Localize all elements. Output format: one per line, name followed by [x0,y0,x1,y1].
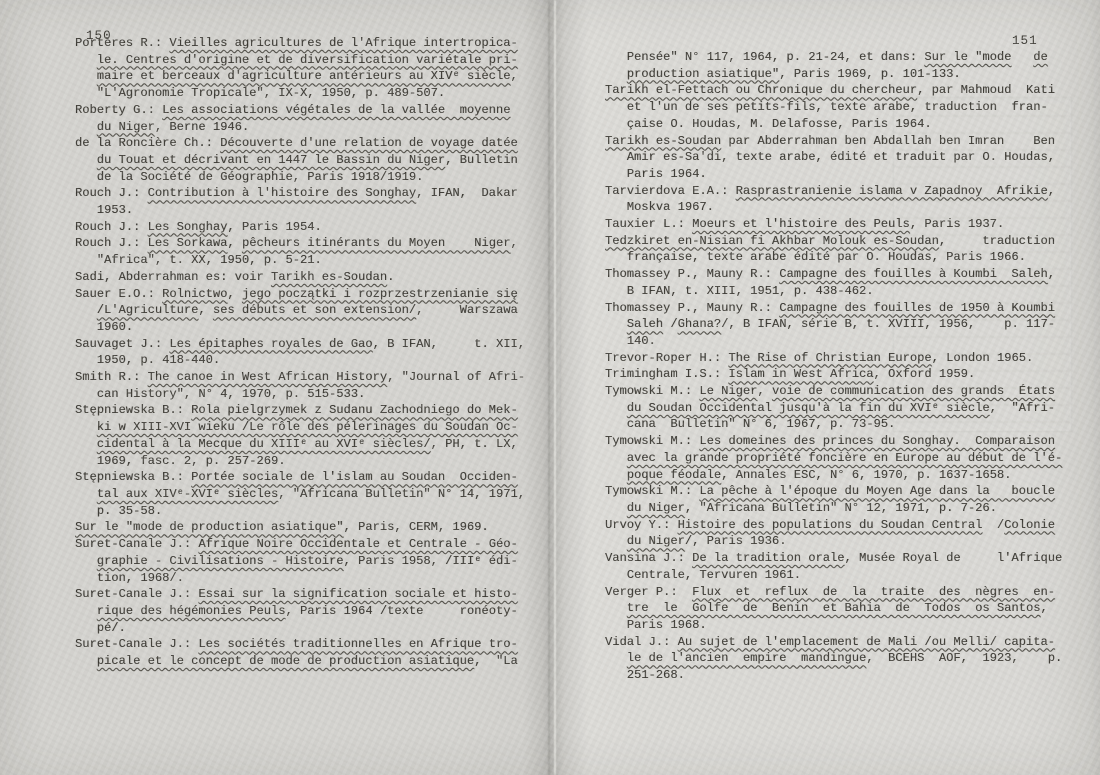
entry-title-segment: La pêche à l'époque du Moyen Age dans la… [699,484,1055,498]
bib-entry: Sadi, Abderrahman es: voir Tarikh es-Sou… [75,269,545,286]
entry-text-segment [75,420,97,434]
entry-title-segment: Les Songhay [148,220,228,234]
bib-entry: de la Roncière Ch.: Découverte d'une rel… [75,135,545,185]
bib-entry: Rouch J.: Les Sorkawa, pêcheurs itinéran… [75,235,545,268]
entry-text-segment: , Paris 1954. [227,220,321,234]
entry-title-segment: Les associations végétales de la vallée … [162,103,510,117]
entry-text-segment: Portères R.: [75,36,169,50]
entry-title-segment: pêcheurs itinérants du Moyen Niger [242,236,511,250]
entry-title-segment: du Niger [627,501,685,515]
entry-title-segment: du Soudan Occidental jusqu'à la fin du X… [627,401,990,415]
entry-title-segment: poque féodale [627,468,721,482]
entry-text-segment [75,120,97,134]
entry-text-segment [605,534,627,548]
entry-text-segment: Suret-Canale J.: [75,537,198,551]
entry-text-segment [75,554,97,568]
entry-text-segment: Vansina J.: [605,551,692,565]
entry-text-segment: , London 1965. [932,351,1034,365]
bib-entry: Sur le "mode de production asiatique", P… [75,519,545,536]
entry-text-segment: / [663,317,678,331]
entry-text-segment [75,487,97,501]
entry-title-segment: Les épitaphes royales de Gao [169,337,372,351]
bib-entry: Tymowski M.: La pêche à l'époque du Moye… [605,483,1080,516]
left-page-entries: Portères R.: Vieilles agricultures de l'… [75,35,545,670]
entry-text-segment: Vidal J.: [605,635,678,649]
entry-text-segment: Sauer E.O.: [75,287,162,301]
bib-entry: Thomassey P., Mauny R.: Campagne des fou… [605,266,1080,299]
bib-entry: Verger P.: Flux et reflux de la traite d… [605,584,1080,634]
bib-entry: Vansina J.: De la tradition orale, Musée… [605,550,1080,583]
bib-entry: Tarikh es-Soudan par Abderrahman ben Abd… [605,133,1080,183]
entry-title-segment: Les domeines des princes du Songhay. Com… [699,434,1055,448]
bib-entry: Smith R.: The canoe in West African Hist… [75,369,545,402]
entry-title-segment: Les Sorkawa [148,236,228,250]
entry-text-segment: , [198,303,213,317]
entry-title-segment: Portée sociale de l'islam au Soudan Occi… [191,470,518,484]
entry-title-segment: du Niger [627,534,685,548]
entry-text-segment: Tymowski M.: [605,434,699,448]
bib-entry: Tedzkiret en-Nisian fi Akhbar Molouk es-… [605,233,1080,266]
entry-title-segment: tal aux XIVᵉ-XVIᵉ siècles [97,487,278,501]
entry-title-segment: graphie - Civilisations - Histoire [97,554,344,568]
entry-text-segment: , [757,384,772,398]
entry-text-segment [1011,50,1033,64]
bib-entry: Tarvierdova E.A.: Rasprastranienie islam… [605,183,1080,216]
entry-text-segment [75,303,97,317]
bib-entry: Suret-Canale J.: Essai sur la significat… [75,586,545,636]
entry-title-segment: Tarikh es-Soudan [605,134,721,148]
entry-title-segment: Sur le "mode [924,50,1011,64]
entry-title-segment: rique des hégémonies Peuls [97,604,286,618]
bib-entry: Sauvaget J.: Les épitaphes royales de Ga… [75,336,545,369]
entry-text-segment: Trevor-Roper H.: [605,351,728,365]
page-number-right: 151 [1012,34,1038,48]
gutter-crease-dark [548,0,550,775]
entry-title-segment: Rasprastranienie islama v Zapadnoy Afrik… [736,184,1048,198]
entry-title-segment: de [1033,50,1048,64]
entry-text-segment: , [227,287,242,301]
entry-title-segment: Moeurs et l'histoire des Peuls [692,217,910,231]
entry-title-segment: Tedzkiret en-Nisian fi Akhbar Molouk es-… [605,234,939,248]
entry-title-segment: /L'Agriculture [97,303,199,317]
entry-title-segment: Histoire des populations du Soudan Centr… [678,518,983,532]
bib-entry: Vidal J.: Au sujet de l'emplacement de M… [605,634,1080,684]
right-page-entries: Pensée" N° 117, 1964, p. 21-24, et dans:… [605,49,1080,684]
bib-entry: Tauxier L.: Moeurs et l'histoire des Peu… [605,216,1080,233]
entry-text-segment: Pensée" N° 117, 1964, p. 21-24, et dans: [605,50,924,64]
entry-text-segment [75,437,97,451]
entry-title-segment: avec la grande propriété foncière en Eur… [627,451,1062,465]
entry-text-segment: Tymowski M.: [605,384,699,398]
bib-entry: Trevor-Roper H.: The Rise of Christian E… [605,350,1080,367]
entry-text-segment: Rouch J.: [75,220,148,234]
bib-entry: Tarikh el-Fettach ou Chronique du cherch… [605,82,1080,132]
entry-title-segment: Campagne des fouilles de 1950 à Koumbi [779,301,1055,315]
entry-text-segment [75,69,97,83]
bib-entry: Roberty G.: Les associations végétales d… [75,102,545,135]
bib-entry: Rouch J.: Contribution à l'histoire des … [75,185,545,218]
entry-title-segment: Colonie [1004,518,1055,532]
entry-title-segment: Sur le "mode de production asiatique" [75,520,344,534]
bib-entry: Stępniewska B.: Portée sociale de l'isla… [75,469,545,519]
entry-text-segment: , [227,236,242,250]
entry-text-segment: , Paris 1969, p. 101-133. [779,67,960,81]
entry-text-segment [605,468,627,482]
entry-title-segment: ki w XIII-XVI wieku /Le rôle des pélerin… [97,420,518,434]
entry-title-segment: Flux et reflux de la traite des nègres e… [692,585,1055,599]
entry-text-segment [605,501,627,515]
gutter-crease-short [560,150,561,470]
entry-title-segment: Campagne des fouilles à Koumbi Saleh [779,267,1048,281]
entry-text-segment [605,401,627,415]
entry-text-segment: Sadi, Abderrahman es: voir [75,270,271,284]
entry-title-segment: Contribution à l'histoire des Songhay [148,186,417,200]
bib-entry: Rouch J.: Les Songhay, Paris 1954. [75,219,545,236]
entry-title-segment: voie de communication des grands États [772,384,1055,398]
bib-entry: Tymowski M.: Les domeines des princes du… [605,433,1080,483]
bib-entry: Pensée" N° 117, 1964, p. 21-24, et dans:… [605,49,1080,82]
entry-text-segment: , Paris, CERM, 1969. [344,520,489,534]
entry-title-segment: The Rise of Christian Europe [728,351,931,365]
entry-title-segment: du Touat et décrivant en 1447 le Bassin … [97,153,445,167]
entry-title-segment: production asiatique" [627,67,779,81]
entry-title-segment: Découverte d'une relation de voyage daté… [220,136,518,150]
entry-title-segment: Islam in West Africa [728,367,873,381]
entry-text-segment: Smith R.: [75,370,148,384]
entry-text-segment [605,451,627,465]
entry-title-segment: Rola pielgrzymek z Sudanu Zachodniego do… [191,403,518,417]
entry-text-segment: Sauvaget J.: [75,337,169,351]
entry-text-segment [75,153,97,167]
entry-title-segment: The canoe in West African History [148,370,388,384]
entry-text-segment [605,651,627,665]
entry-text-segment: , "Africana Bulletin" N° 12, 1971, p. 7-… [685,501,997,515]
entry-text-segment: Rouch J.: [75,186,148,200]
entry-title-segment: Tarikh el-Fettach ou Chronique du cherch… [605,83,917,97]
entry-text-segment: Tymowski M.: [605,484,699,498]
book-spread: 150 151 Portères R.: Vieilles agricultur… [0,0,1100,775]
entry-text-segment: Rouch J.: [75,236,148,250]
entry-title-segment: Rolnictwo [162,287,227,301]
entry-title-segment: jego początki i rozprzestrzenianie się [242,287,518,301]
entry-text-segment: , Paris 1937. [910,217,1004,231]
entry-text-segment [605,67,627,81]
entry-text-segment: Trimingham I.S.: [605,367,728,381]
entry-title-segment: le de l'ancien empire mandingue [627,651,867,665]
entry-text-segment: de la Roncière Ch.: [75,136,220,150]
entry-text-segment: Tauxier L.: [605,217,692,231]
bib-entry: Trimingham I.S.: Islam in West Africa, O… [605,366,1080,383]
entry-text-segment: Thomassey P., Mauny R.: [605,301,779,315]
entry-title-segment: Le Niger [699,384,757,398]
bib-entry: Portères R.: Vieilles agricultures de l'… [75,35,545,102]
entry-title-segment: Ghana? [678,317,722,331]
entry-text-segment: , Berne 1946. [155,120,249,134]
entry-title-segment: le. Centres d'origine et de diversificat… [97,53,518,67]
entry-title-segment: tre le Golfe de Benin et Bahia de Todos … [627,601,1041,615]
entry-title-segment: ses débuts et son extension/ [213,303,416,317]
entry-title-segment: cidental à la Mecque du XIIIᵉ au XVIᵉ si… [97,437,431,451]
entry-title-segment: Essai sur la signification sociale et hi… [198,587,517,601]
entry-title-segment: Afrique Noire Occidentale et Centrale - … [198,537,517,551]
entry-text-segment: Suret-Canale J.: [75,637,198,651]
entry-title-segment: De la tradition orale [692,551,844,565]
entry-title-segment: Saleh [627,317,663,331]
bib-entry: Thomassey P., Mauny R.: Campagne des fou… [605,300,1080,350]
entry-title-segment: picale et le concept de mode de producti… [97,654,474,668]
entry-title-segment: Vieilles agricultures de l'Afrique inter… [169,36,517,50]
entry-text-segment [605,601,627,615]
entry-text-segment: /, Paris 1936. [685,534,787,548]
gutter-crease-light [554,0,556,775]
entry-text-segment [75,604,97,618]
entry-text-segment: Thomassey P., Mauny R.: [605,267,779,281]
entry-text-segment [75,654,97,668]
entry-text-segment [605,317,627,331]
bib-entry: Suret-Canale J.: Afrique Noire Occidenta… [75,536,545,586]
entry-text-segment: , Oxford 1959. [874,367,976,381]
entry-text-segment: . [387,270,394,284]
bib-entry: Sauer E.O.: Rolnictwo, jego początki i r… [75,286,545,336]
bib-entry: Urvoy Y.: Histoire des populations du So… [605,517,1080,550]
entry-title-segment: Tarikh es-Soudan [271,270,387,284]
entry-text-segment: Suret-Canale J.: [75,587,198,601]
entry-text-segment: Verger P.: [605,585,692,599]
entry-text-segment: , "La [474,654,518,668]
entry-text-segment: Stępniewska B.: [75,470,191,484]
entry-title-segment: Les sociétés traditionnelles en Afrique … [198,637,517,651]
entry-text-segment: Stępniewska B.: [75,403,191,417]
bib-entry: Stępniewska B.: Rola pielgrzymek z Sudan… [75,402,545,469]
entry-text-segment: , Annales ESC, N° 6, 1970, p. 1637-1658. [721,468,1011,482]
entry-text-segment: Roberty G.: [75,103,162,117]
bib-entry: Tymowski M.: Le Niger, voie de communica… [605,383,1080,433]
entry-title-segment: maire et berceaux d'agriculture antérieu… [97,69,511,83]
entry-text-segment: / [982,518,1004,532]
bib-entry: Suret-Canale J.: Les sociétés traditionn… [75,636,545,669]
entry-text-segment [75,53,97,67]
entry-text-segment: Tarvierdova E.A.: [605,184,736,198]
entry-title-segment: du Niger [97,120,155,134]
entry-title-segment: Au sujet de l'emplacement de Mali /ou Me… [678,635,1055,649]
entry-text-segment: Urvoy Y.: [605,518,678,532]
